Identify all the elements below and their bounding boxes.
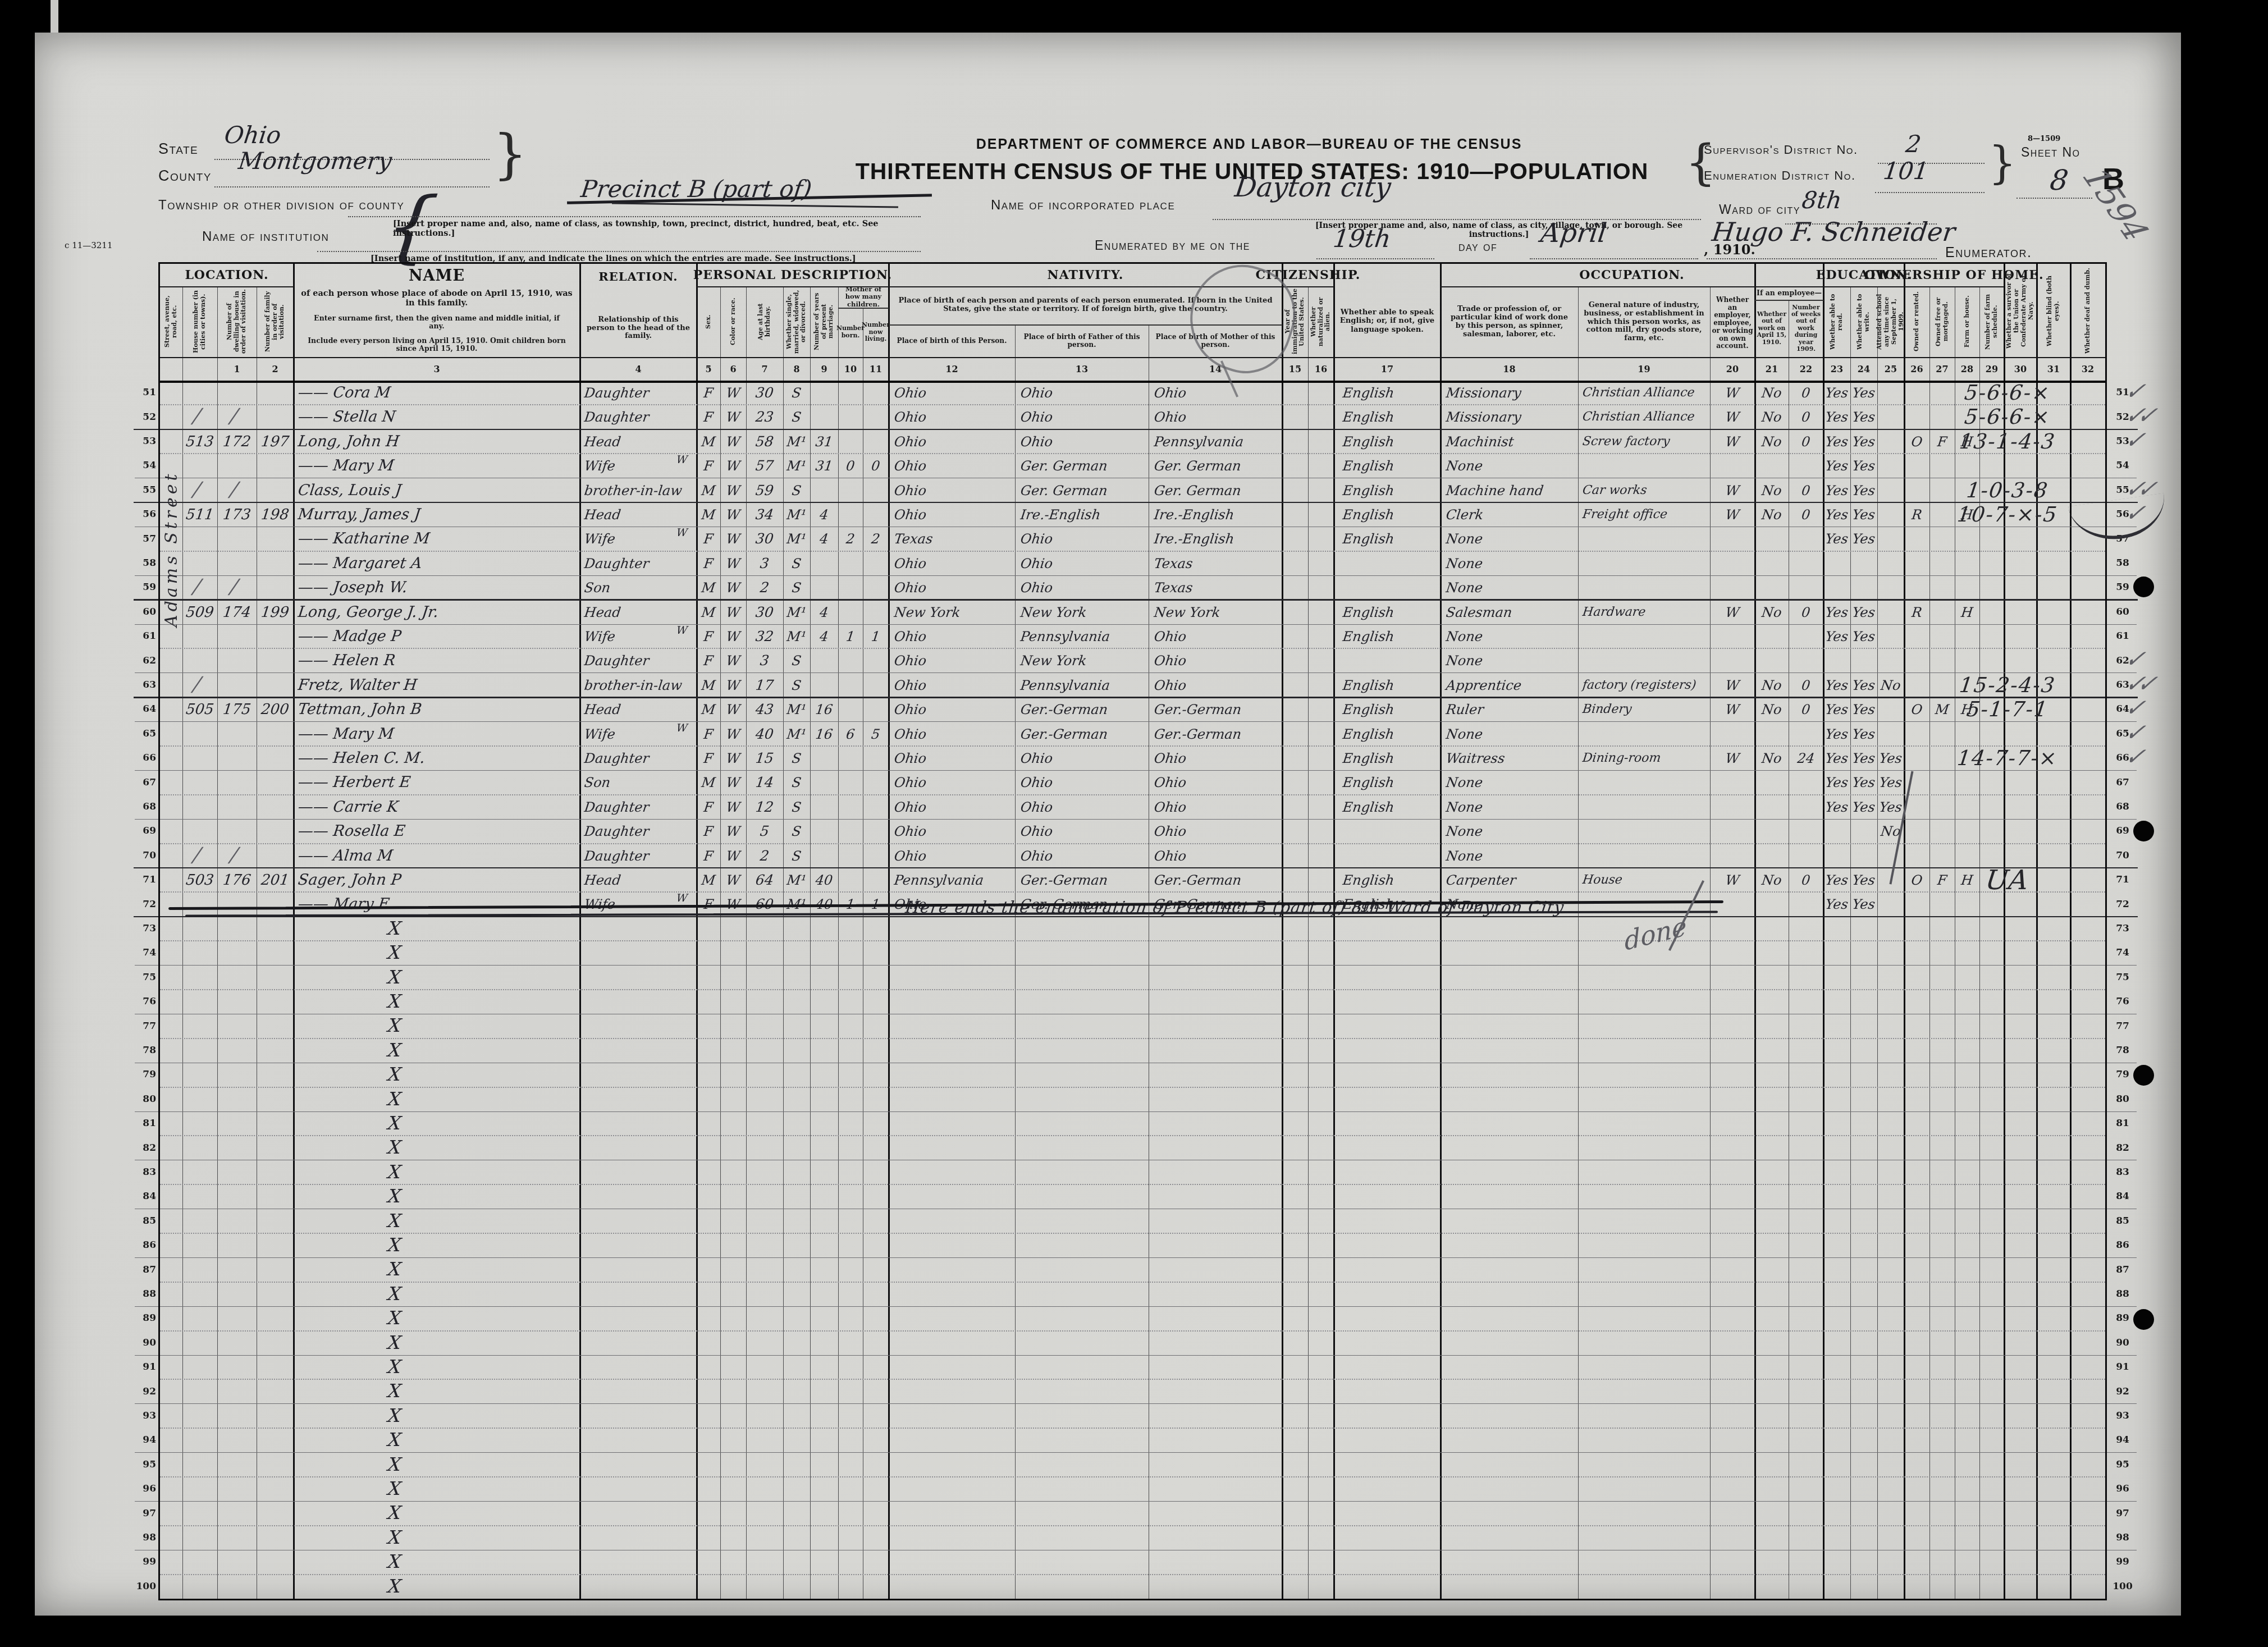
group-title-0: LOCATION. [160, 266, 294, 284]
col-number-en: 17 [1334, 360, 1441, 378]
r63-pf: Pennsylvania [1014, 674, 1150, 696]
r65-cl: 5 [862, 723, 890, 745]
r56-mar: M¹ [782, 504, 812, 525]
r71-col: W [719, 869, 748, 891]
r79-x-mark: X [377, 1063, 413, 1085]
township-label: Township or other division of county [158, 198, 404, 213]
institution-label: Name of institution [202, 229, 329, 245]
r56-age: 34 [745, 504, 785, 525]
r58-name: —— Margaret A [292, 552, 582, 574]
r86-x-mark: X [377, 1234, 413, 1256]
group-title-1: PERSONAL DESCRIPTION. [697, 266, 889, 284]
col-number-yi: 15 [1282, 360, 1308, 378]
street-name: Adams Street [159, 386, 184, 712]
row-number-left-53: 53 [131, 433, 156, 450]
r65-relation-mark: W [676, 722, 688, 734]
r96-x-mark: X [377, 1477, 413, 1499]
name-desc-2: Enter surname first, then the given name… [310, 313, 563, 331]
r56-ind: Freight office [1577, 504, 1712, 525]
r66-wk: 24 [1787, 747, 1825, 769]
colhead-ind: General nature of industry, business, or… [1583, 290, 1705, 355]
row-number-left-90: 90 [131, 1335, 156, 1352]
sheet-code: 8—1509 [2028, 135, 2060, 143]
colhead-uv: Whether a survivor of the Union or Confe… [2005, 267, 2036, 355]
r71-pm: Ger.-German [1147, 869, 1284, 891]
row-number-left-60: 60 [131, 604, 156, 621]
r71-wk: 0 [1787, 869, 1825, 891]
r69-name: —— Rosella E [292, 820, 582, 842]
r59-rel: Son [579, 577, 698, 598]
r87-x-mark: X [377, 1258, 413, 1280]
r65-pb: Ohio [888, 723, 1017, 745]
r61-ym: 4 [809, 625, 840, 647]
r61-en: English [1333, 625, 1442, 647]
punch-hole [2133, 1309, 2154, 1330]
r51-ow: No [1754, 382, 1790, 404]
r54-rd: Yes [1822, 455, 1852, 477]
r53-pf: Ohio [1014, 431, 1150, 452]
r73-x-mark: X [377, 917, 413, 939]
row-number-left-51: 51 [131, 385, 156, 401]
sheet-label: Sheet No [2021, 145, 2080, 160]
r61-pb: Ohio [888, 625, 1017, 647]
r62-mar: S [782, 649, 812, 671]
row-number-right-73: 73 [2109, 921, 2137, 937]
r65-mar: M¹ [782, 723, 812, 745]
row-number-right-68: 68 [2109, 799, 2137, 816]
punch-hole [2133, 577, 2154, 597]
row-number-left-65: 65 [131, 726, 156, 743]
row-number-left-76: 76 [131, 994, 156, 1010]
r90-x-mark: X [377, 1332, 413, 1353]
row-number-right-85: 85 [2109, 1213, 2137, 1230]
r54-pf: Ger. German [1014, 455, 1150, 477]
r52-name: —— Stella N [292, 406, 582, 428]
r71-wr: Yes [1849, 869, 1879, 891]
r66-en: English [1333, 747, 1442, 769]
r58-pf: Ohio [1014, 552, 1150, 574]
r64-emp: W [1709, 698, 1757, 720]
row-number-left-91: 91 [131, 1359, 156, 1376]
row-number-right-100: 100 [2109, 1579, 2137, 1595]
department-line: DEPARTMENT OF COMMERCE AND LABOR—BUREAU … [898, 136, 1600, 153]
row-number-left-86: 86 [131, 1237, 156, 1254]
township-note: [Insert proper name and, also, name of c… [393, 219, 932, 238]
r51-en: English [1333, 382, 1442, 404]
r60-fam: 199 [255, 601, 295, 623]
r57-rd: Yes [1822, 528, 1852, 550]
r65-col: W [719, 723, 748, 745]
r63-sc: No [1876, 674, 1906, 696]
r60-pf: New York [1014, 601, 1150, 623]
col-number-dw: 1 [217, 360, 257, 378]
rule [1530, 258, 1698, 259]
col-number-bl: 31 [2037, 360, 2070, 378]
r62-name: —— Helen R [292, 649, 582, 671]
r52-ow: No [1754, 406, 1790, 428]
r51-tr: Missionary [1439, 382, 1580, 404]
scan-edge-artifact [51, 0, 58, 33]
r54-col: W [719, 455, 748, 477]
r56-rel: Head [579, 504, 698, 525]
r66-rd: Yes [1822, 747, 1852, 769]
r68-rel: Daughter [579, 796, 698, 818]
r55-sex: M [696, 479, 722, 501]
day-of-label: day of [1458, 239, 1497, 254]
county-label: County [158, 167, 212, 185]
ward-label: Ward of city [1719, 202, 1800, 217]
col-number-fam: 2 [257, 360, 294, 378]
supervisor-label: Supervisor's District No. [1704, 143, 1858, 157]
group-title-3: CITIZENSHIP. [1282, 266, 1334, 284]
punch-hole [2133, 821, 2154, 841]
row-number-left-96: 96 [131, 1481, 156, 1498]
r57-name: —— Katharine M [292, 528, 582, 550]
r57-age: 30 [745, 528, 785, 550]
group-title-6: OWNERSHIP OF HOME. [1904, 266, 2004, 284]
r60-col: W [719, 601, 748, 623]
r63-ind: factory (registers) [1577, 674, 1712, 696]
r65-pf: Ger.-German [1014, 723, 1150, 745]
r53-name: Long, John H [292, 431, 582, 452]
r70-age: 2 [745, 845, 785, 867]
rule [317, 251, 921, 252]
colhead-st: Street, avenue, road, etc. [161, 289, 182, 355]
r65-cb: 6 [837, 723, 865, 745]
row-number-right-61: 61 [2109, 628, 2137, 645]
r67-rel: Son [579, 771, 698, 793]
r54-tr: None [1439, 455, 1580, 477]
r65-sex: F [696, 723, 722, 745]
row-number-right-93: 93 [2109, 1408, 2137, 1425]
r60-rd: Yes [1822, 601, 1852, 623]
col-number-emp: 20 [1710, 360, 1755, 378]
r53-pb: Ohio [888, 431, 1017, 452]
row-number-right-54: 54 [2109, 457, 2137, 474]
r66-pb: Ohio [888, 747, 1017, 769]
r68-sc: Yes [1876, 796, 1906, 818]
r63-ow: No [1754, 674, 1790, 696]
col-number-df: 32 [2070, 360, 2105, 378]
r52-en: English [1333, 406, 1442, 428]
r64-rd: Yes [1822, 698, 1852, 720]
r67-en: English [1333, 771, 1442, 793]
r62-pm: Ohio [1147, 649, 1284, 671]
r51-age: 30 [745, 382, 785, 404]
colhead-fam: Number of family in order of visitation. [257, 289, 293, 355]
r58-pm: Texas [1147, 552, 1284, 574]
colhead-dw: Number of dwelling house in order of vis… [218, 289, 256, 355]
colhead-rd: Whether able to read. [1824, 289, 1850, 355]
row-number-left-78: 78 [131, 1042, 156, 1059]
col-number-sex: 5 [697, 360, 720, 378]
r53-fam: 197 [255, 431, 295, 452]
supervisor-value: 2 [1904, 130, 1923, 158]
r56-en: English [1333, 504, 1442, 525]
r78-x-mark: X [377, 1039, 413, 1061]
place-value: Dayton city [1233, 172, 1393, 203]
r52-wk: 0 [1787, 406, 1825, 428]
r62-tr: None [1439, 649, 1580, 671]
r57-pb: Texas [888, 528, 1017, 550]
r68-sex: F [696, 796, 722, 818]
r59-mar: S [782, 577, 812, 598]
r55-ow: No [1754, 479, 1790, 501]
r72-rd: Yes [1822, 893, 1852, 915]
r71-hn: 503 [181, 869, 219, 891]
row-number-right-58: 58 [2109, 555, 2137, 572]
r64-mar: M¹ [782, 698, 812, 720]
col-number-mar: 8 [783, 360, 810, 378]
r66-ow: No [1754, 747, 1790, 769]
row-number-left-71: 71 [131, 872, 156, 889]
r56-col: W [719, 504, 748, 525]
r61-name: —— Madge P [292, 625, 582, 647]
r63-pm: Ohio [1147, 674, 1284, 696]
colhead-en: Whether able to speak English; or, if no… [1338, 290, 1436, 353]
row-number-right-98: 98 [2109, 1530, 2137, 1547]
r53-hn: 513 [181, 431, 219, 452]
r64-sex: M [696, 698, 722, 720]
r60-pb: New York [888, 601, 1017, 623]
row-number-right-72: 72 [2109, 896, 2137, 913]
r63-sex: M [696, 674, 722, 696]
r54-pb: Ohio [888, 455, 1017, 477]
col-number-own: 26 [1904, 360, 1929, 378]
r52-pm: Ohio [1147, 406, 1284, 428]
colhead-wr: Whether able to write. [1851, 289, 1877, 355]
r68-en: English [1333, 796, 1442, 818]
r70-tr: None [1439, 845, 1580, 867]
enumeration-label: Enumeration District No. [1704, 168, 1856, 183]
r53-rel: Head [579, 431, 698, 452]
r66-pf: Ohio [1014, 747, 1150, 769]
punch-hole [2133, 1065, 2154, 1086]
r56-fam: 198 [255, 504, 295, 525]
row-number-left-83: 83 [131, 1164, 156, 1181]
r66-age: 15 [745, 747, 785, 769]
r51-pf: Ohio [1014, 382, 1150, 404]
row-number-right-60: 60 [2109, 604, 2137, 621]
row-number-left-57: 57 [131, 530, 156, 547]
r59-pm: Texas [1147, 577, 1284, 598]
r76-x-mark: X [377, 990, 413, 1012]
r64-age: 43 [745, 698, 785, 720]
r60-wk: 0 [1787, 601, 1825, 623]
r57-pf: Ohio [1014, 528, 1150, 550]
r55-pm: Ger. German [1147, 479, 1284, 501]
r64-ow: No [1754, 698, 1790, 720]
rule [214, 186, 490, 187]
row-number-left-54: 54 [131, 457, 156, 474]
r54-cb: 0 [837, 455, 865, 477]
place-label: Name of incorporated place [991, 198, 1175, 213]
row-number-right-91: 91 [2109, 1359, 2137, 1376]
row-number-right-70: 70 [2109, 848, 2137, 864]
r55-tr: Machine hand [1439, 479, 1580, 501]
r69-rel: Daughter [579, 820, 698, 842]
r68-col: W [719, 796, 748, 818]
r55-wk: 0 [1787, 479, 1825, 501]
r60-mar: M¹ [782, 601, 812, 623]
col-number-rel: 4 [580, 360, 697, 378]
row-number-left-80: 80 [131, 1091, 156, 1108]
r92-x-mark: X [377, 1380, 413, 1402]
r70-rel: Daughter [579, 845, 698, 867]
col-number-ow: 21 [1755, 360, 1789, 378]
colhead-na: Whether naturalized or alien. [1309, 289, 1333, 355]
col-number-ind: 19 [1578, 360, 1710, 378]
r55-emp: W [1709, 479, 1757, 501]
r56-emp: W [1709, 504, 1757, 525]
r64-tr: Ruler [1439, 698, 1580, 720]
r66-tabulation-code: 14-7-7-× [1908, 747, 2106, 770]
r68-tr: None [1439, 796, 1580, 818]
r71-sex: M [696, 869, 722, 891]
r100-x-mark: X [377, 1575, 413, 1597]
row-number-left-87: 87 [131, 1261, 156, 1278]
r57-relation-mark: W [676, 527, 688, 539]
row-number-left-56: 56 [131, 506, 156, 523]
colhead-hn: House number (in cities or towns). [183, 289, 217, 355]
r56-pm: Ire.-English [1147, 504, 1284, 525]
r71-fam: 201 [255, 869, 295, 891]
r51-pm: Ohio [1147, 382, 1284, 404]
r61-tr: None [1439, 625, 1580, 647]
r74-x-mark: X [377, 941, 413, 963]
row-number-right-71: 71 [2109, 872, 2137, 889]
r57-col: W [719, 528, 748, 550]
row-number-right-81: 81 [2109, 1115, 2137, 1132]
r57-pm: Ire.-English [1147, 528, 1284, 550]
r55-pf: Ger. German [1014, 479, 1150, 501]
r51-wk: 0 [1787, 382, 1825, 404]
r54-sex: F [696, 455, 722, 477]
r63-rd: Yes [1822, 674, 1852, 696]
r56-ym: 4 [809, 504, 840, 525]
r56-wk: 0 [1787, 504, 1825, 525]
row-number-right-84: 84 [2109, 1188, 2137, 1205]
row-number-left-95: 95 [131, 1457, 156, 1474]
colhead-own: Owned or rented. [1905, 289, 1929, 355]
r58-pb: Ohio [888, 552, 1017, 574]
row-number-left-67: 67 [131, 774, 156, 791]
r53-ym: 31 [809, 431, 840, 452]
r66-mar: S [782, 747, 812, 769]
row-number-right-95: 95 [2109, 1457, 2137, 1474]
r70-pb: Ohio [888, 845, 1017, 867]
col-number-st [160, 360, 182, 378]
row-number-left-97: 97 [131, 1505, 156, 1522]
r53-wr: Yes [1849, 431, 1879, 452]
r54-wr: Yes [1849, 455, 1879, 477]
r63-wk: 0 [1787, 674, 1825, 696]
r60-ym: 4 [809, 601, 840, 623]
r66-rel: Daughter [579, 747, 698, 769]
r62-sex: F [696, 649, 722, 671]
r55-name: Class, Louis J [292, 479, 582, 501]
r67-wr: Yes [1849, 771, 1879, 793]
r59-age: 2 [745, 577, 785, 598]
row-number-right-86: 86 [2109, 1237, 2137, 1254]
row-number-right-96: 96 [2109, 1481, 2137, 1498]
row-number-right-75: 75 [2109, 969, 2137, 986]
r60-fh: H [1954, 601, 1981, 623]
r54-en: English [1333, 455, 1442, 477]
col-number-hn [182, 360, 217, 378]
r61-pf: Pennsylvania [1014, 625, 1150, 647]
r65-ym: 16 [809, 723, 840, 745]
r94-x-mark: X [377, 1429, 413, 1451]
r53-ind: Screw factory [1577, 431, 1712, 452]
row-number-right-76: 76 [2109, 994, 2137, 1010]
r60-own: R [1903, 601, 1931, 623]
r71-en: English [1333, 869, 1442, 891]
r63-emp: W [1709, 674, 1757, 696]
col-number-pb: 12 [889, 360, 1015, 378]
row-number-left-64: 64 [131, 701, 156, 718]
r55-rel: brother-in-law [579, 479, 698, 501]
r64-en: English [1333, 698, 1442, 720]
r60-emp: W [1709, 601, 1757, 623]
r64-wr: Yes [1849, 698, 1879, 720]
r54-name: —— Mary M [292, 455, 582, 477]
r70-pf: Ohio [1014, 845, 1150, 867]
r56-pb: Ohio [888, 504, 1017, 525]
r64-fam: 200 [255, 698, 295, 720]
row-number-right-69: 69 [2109, 823, 2137, 840]
mother-label: Mother of how many children. [839, 287, 888, 306]
row-number-left-77: 77 [131, 1018, 156, 1035]
enumeration-value: 101 [1882, 157, 1930, 185]
enum-day: 19th [1332, 225, 1392, 253]
r66-ind: Dining-room [1577, 747, 1712, 769]
r84-x-mark: X [377, 1185, 413, 1207]
row-number-left-62: 62 [131, 652, 156, 669]
r72-relation-mark: W [676, 892, 688, 904]
r64-hn: 505 [181, 698, 219, 720]
r71-emp: W [1709, 869, 1757, 891]
r72-name: —— Mary E [292, 893, 582, 915]
relation-group-title: RELATION. [580, 268, 697, 284]
r56-name: Murray, James J [292, 504, 582, 525]
col-number-wr: 24 [1850, 360, 1877, 378]
r55-mar: S [782, 479, 812, 501]
r51-rel: Daughter [579, 382, 698, 404]
r69-col: W [719, 820, 748, 842]
r58-rel: Daughter [579, 552, 698, 574]
r62-age: 3 [745, 649, 785, 671]
r68-age: 12 [745, 796, 785, 818]
brace-right: } [1988, 138, 2016, 189]
colhead-fm: Owned free or mortgaged. [1930, 289, 1954, 355]
r60-dw: 174 [216, 601, 258, 623]
r75-x-mark: X [377, 966, 413, 988]
r53-tr: Machinist [1439, 431, 1580, 452]
r60-rel: Head [579, 601, 698, 623]
ward-value: 8th [1800, 186, 1844, 214]
row-number-right-77: 77 [2109, 1018, 2137, 1035]
row-number-left-66: 66 [131, 750, 156, 767]
r65-en: English [1333, 723, 1442, 745]
r52-emp: W [1709, 406, 1757, 428]
r71-dw: 176 [216, 869, 258, 891]
r69-age: 5 [745, 820, 785, 842]
r68-rd: Yes [1822, 796, 1852, 818]
r57-mar: M¹ [782, 528, 812, 550]
r67-name: —— Herbert E [292, 771, 582, 793]
r63-col: W [719, 674, 748, 696]
